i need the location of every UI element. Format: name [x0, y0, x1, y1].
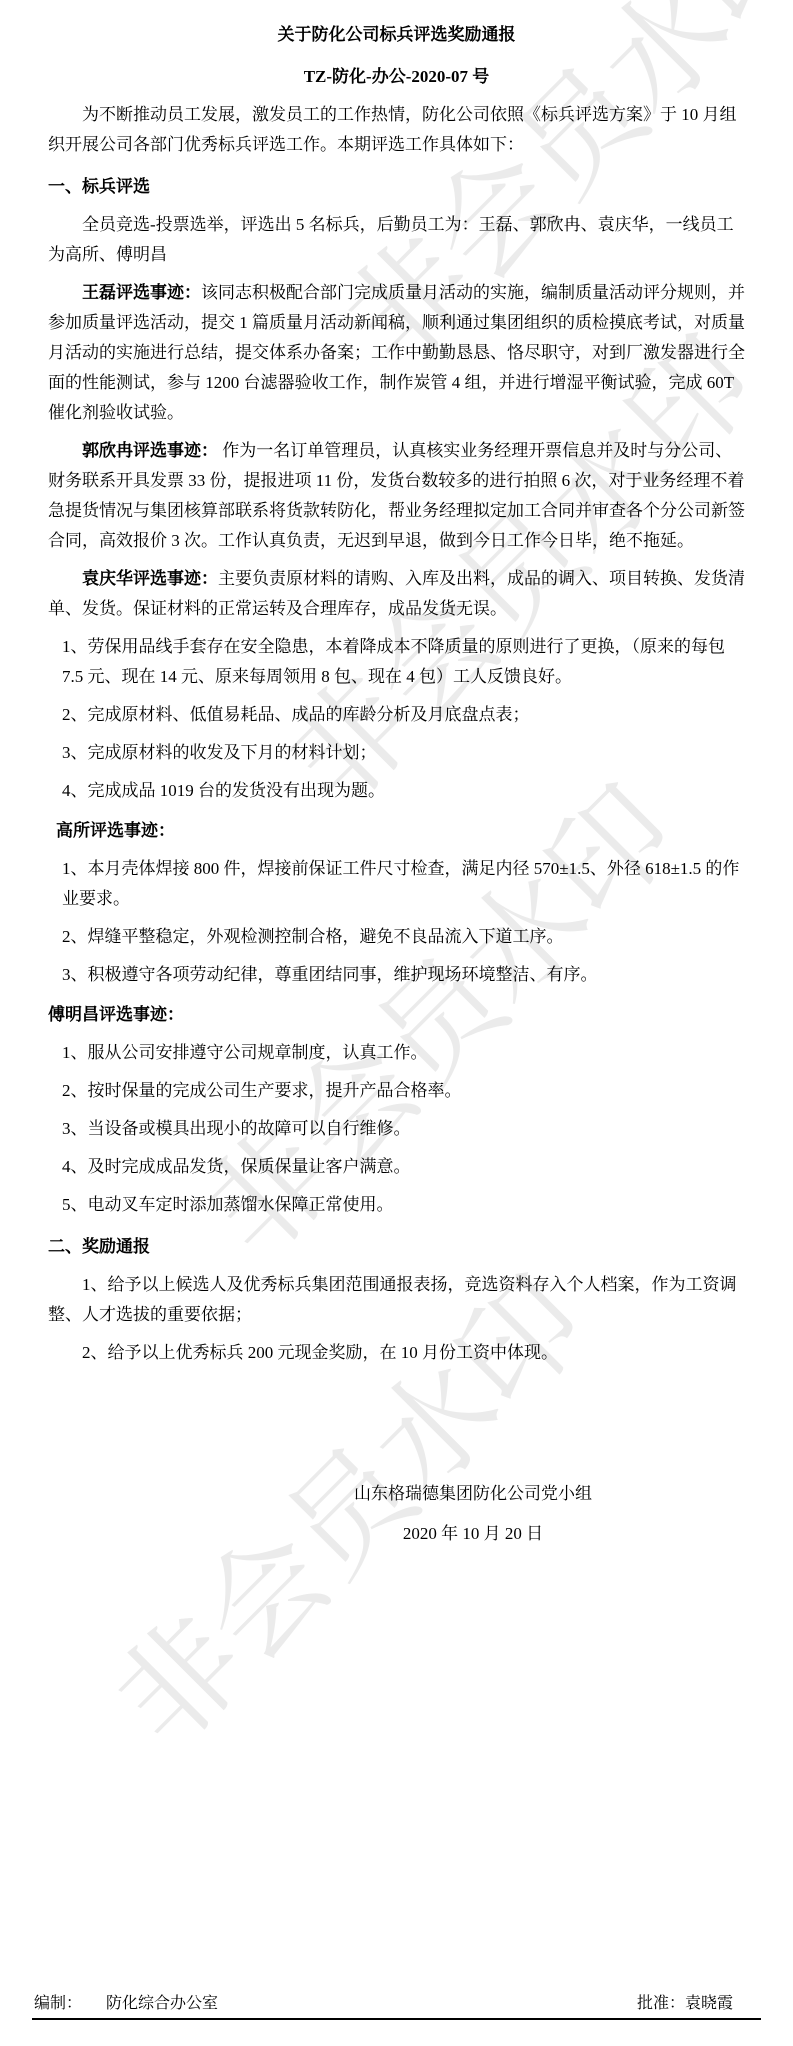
section-heading-2: 二、奖励通报	[48, 1232, 745, 1262]
fu-item-3: 3、当设备或模具出现小的故障可以自行维修。	[48, 1114, 745, 1144]
approved-block: 批准：袁晓霞	[637, 1993, 733, 2015]
deed-label-wanglei: 王磊评选事迹：	[82, 283, 201, 302]
reward-item-1: 1、给予以上候选人及优秀标兵集团范围通报表扬，竞选资料存入个人档案，作为工资调整…	[48, 1270, 745, 1330]
fu-item-2: 2、按时保量的完成公司生产要求，提升产品合格率。	[48, 1076, 745, 1106]
deed-label-yuanqinghua: 袁庆华评选事迹：	[82, 569, 218, 588]
footer-bar: 编制： 防化综合办公室 批准：袁晓霞	[32, 1993, 761, 2020]
signature-org: 山东格瑞德集团防化公司党小组	[293, 1474, 653, 1514]
signature-block: 山东格瑞德集团防化公司党小组 2020 年 10 月 20 日	[293, 1474, 653, 1554]
yuan-item-3: 3、完成原材料的收发及下月的材料计划；	[48, 738, 745, 768]
approved-by: 袁晓霞	[685, 1995, 733, 2012]
document-number: TZ-防化-办公-2020-07 号	[48, 62, 745, 92]
yuan-item-4: 4、完成成品 1019 台的发货没有出现为题。	[48, 776, 745, 806]
section-heading-1: 一、标兵评选	[48, 172, 745, 202]
document-title: 关于防化公司标兵评选奖励通报	[48, 20, 745, 50]
document-page: 非会员水印 非会员水印 非会员水印 非会员水印 关于防化公司标兵评选奖励通报 T…	[0, 0, 793, 2046]
selection-summary: 全员竞选-投票选举，评选出 5 名标兵，后勤员工为：王磊、郭欣冉、袁庆华，一线员…	[48, 210, 745, 270]
approved-label: 批准：	[637, 1995, 685, 2012]
signature-date: 2020 年 10 月 20 日	[293, 1514, 653, 1554]
deed-text-wanglei: 该同志积极配合部门完成质量月活动的实施，编制质量活动评分规则，并参加质量评选活动…	[48, 283, 745, 422]
deed-label-guoxinran: 郭欣冉评选事迹：	[82, 441, 218, 460]
deed-paragraph-guoxinran: 郭欣冉评选事迹： 作为一名订单管理员，认真核实业务经理开票信息并及时与分公司、财…	[48, 436, 745, 556]
prepared-by: 防化综合办公室	[106, 1993, 218, 2015]
fu-item-1: 1、服从公司安排遵守公司规章制度，认真工作。	[48, 1038, 745, 1068]
prepared-label: 编制：	[34, 1993, 82, 2015]
reward-item-2: 2、给予以上优秀标兵 200 元现金奖励，在 10 月份工资中体现。	[48, 1338, 745, 1368]
fu-item-5: 5、电动叉车定时添加蒸馏水保障正常使用。	[48, 1190, 745, 1220]
deed-heading-gaosuo: 高所评选事迹：	[48, 816, 745, 846]
gao-item-3: 3、积极遵守各项劳动纪律，尊重团结同事，维护现场环境整洁、有序。	[48, 960, 745, 990]
document-body: 关于防化公司标兵评选奖励通报 TZ-防化-办公-2020-07 号 为不断推动员…	[0, 0, 793, 1554]
deed-heading-fumingchang: 傅明昌评选事迹：	[48, 1000, 745, 1030]
yuan-item-1: 1、劳保用品线手套存在安全隐患，本着降成本不降质量的原则进行了更换，（原来的每包…	[48, 632, 745, 692]
gao-item-2: 2、焊缝平整稳定，外观检测控制合格，避免不良品流入下道工序。	[48, 922, 745, 952]
deed-paragraph-wanglei: 王磊评选事迹：该同志积极配合部门完成质量月活动的实施，编制质量活动评分规则，并参…	[48, 278, 745, 428]
deed-paragraph-yuanqinghua: 袁庆华评选事迹：主要负责原材料的请购、入库及出料，成品的调入、项目转换、发货清单…	[48, 564, 745, 624]
intro-paragraph: 为不断推动员工发展，激发员工的工作热情，防化公司依照《标兵评选方案》于 10 月…	[48, 100, 745, 160]
gao-item-1: 1、本月壳体焊接 800 件，焊接前保证工件尺寸检查，满足内径 570±1.5、…	[48, 854, 745, 914]
fu-item-4: 4、及时完成成品发货，保质保量让客户满意。	[48, 1152, 745, 1182]
yuan-item-2: 2、完成原材料、低值易耗品、成品的库龄分析及月底盘点表；	[48, 700, 745, 730]
